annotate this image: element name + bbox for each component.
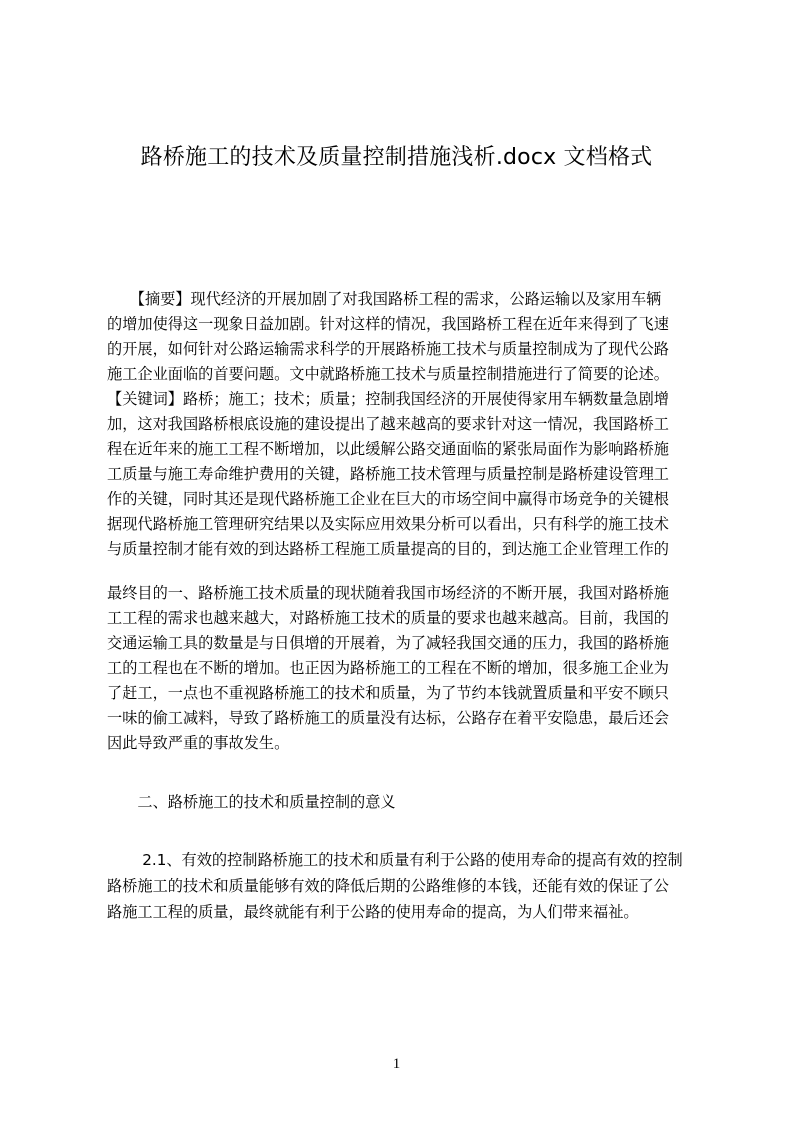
section-heading: 二、路桥施工的技术和质量控制的意义 [107, 792, 707, 812]
text-line: 据现代路桥施工管理研究结果以及实际应用效果分析可以看出，只有科学的施工技术 [107, 514, 707, 534]
text-line: 工质量与施工寿命维护费用的关键，路桥施工技术管理与质量控制是路桥建设管理工 [107, 464, 707, 484]
text-line: 作的关键，同时其还是现代路桥施工企业在巨大的市场空间中赢得市场竞争的关键根 [107, 489, 707, 509]
text-line: 工的工程也在不断的增加。也正因为路桥施工的工程在不断的增加，很多施工企业为 [107, 658, 707, 678]
text-line: 施工企业面临的首要问题。文中就路桥施工技术与质量控制措施进行了简要的论述。 [107, 364, 707, 384]
text-line: 的增加使得这一现象日益加剧。针对这样的情况，我国路桥工程在近年来得到了飞速 [107, 314, 707, 334]
text-line: 最终目的一、路桥施工技术质量的现状随着我国市场经济的不断开展，我国对路桥施 [107, 583, 707, 603]
text-line: 因此导致严重的事故发生。 [107, 733, 707, 753]
text-line: 路施工工程的质量，最终就能有利于公路的使用寿命的提高，为人们带来福祉。 [107, 902, 707, 922]
text-line: 2.1、有效的控制路桥施工的技术和质量有利于公路的使用寿命的提高有效的控制 [107, 850, 707, 870]
text-line: 工工程的需求也越来越大，对路桥施工技术的质量的要求也越来越高。目前，我国的 [107, 608, 707, 628]
text-line: 加，这对我国路桥根底设施的建设提出了越来越高的要求针对这一情况，我国路桥工 [107, 414, 707, 434]
page-number: 1 [0, 1055, 793, 1073]
text-line: 程在近年来的施工工程不断增加，以此缓解公路交通面临的紧张局面作为影响路桥施 [107, 439, 707, 459]
document-page: 路桥施工的技术及质量控制措施浅析.docx 文档格式 【摘要】现代经济的开展加剧… [0, 0, 793, 1122]
text-line: 路桥施工的技术和质量能够有效的降低后期的公路维修的本钱，还能有效的保证了公 [107, 876, 707, 896]
text-line: 【摘要】现代经济的开展加剧了对我国路桥工程的需求，公路运输以及家用车辆 [107, 289, 707, 309]
text-line: 交通运输工具的数量是与日俱增的开展着，为了减轻我国交通的压力，我国的路桥施 [107, 633, 707, 653]
document-title: 路桥施工的技术及质量控制措施浅析.docx 文档格式 [0, 143, 793, 173]
text-line: 了赶工，一点也不重视路桥施工的技术和质量，为了节约本钱就置质量和平安不顾只 [107, 683, 707, 703]
text-line: 与质量控制才能有效的到达路桥工程施工质量提高的目的，到达施工企业管理工作的 [107, 539, 707, 559]
text-line: 的开展，如何针对公路运输需求科学的开展路桥施工技术与质量控制成为了现代公路 [107, 339, 707, 359]
keywords-line: 【关键词】路桥；施工；技术；质量；控制我国经济的开展使得家用车辆数量急剧增 [107, 389, 707, 409]
text-line: 一味的偷工减料，导致了路桥施工的质量没有达标，公路存在着平安隐患，最后还会 [107, 708, 707, 728]
